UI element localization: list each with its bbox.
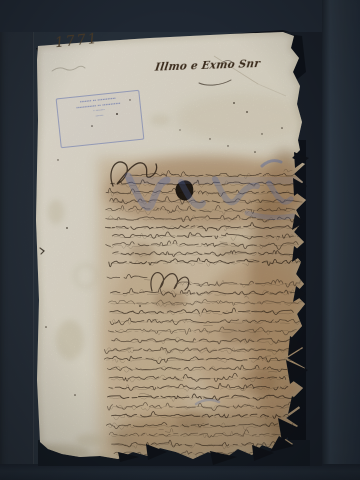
archive-stamp: ▪▪▪▪▪▪▪ ▪▪ ▪▪▪▪▪▪▪▪▪▪▪ ▪▪▪▪▪▪▪▪▪▪▪▪ ▪▪ ▪… bbox=[56, 90, 145, 149]
archive-stamp-text: ▪▪▪▪▪▪▪ ▪▪ ▪▪▪▪▪▪▪▪▪▪▪ ▪▪▪▪▪▪▪▪▪▪▪▪ ▪▪ ▪… bbox=[57, 93, 141, 123]
photograph-of-manuscript: 1771 Illmo e Exmo Snr ▪▪▪▪▪▪▪ ▪▪ ▪▪▪▪▪▪▪… bbox=[0, 0, 360, 480]
